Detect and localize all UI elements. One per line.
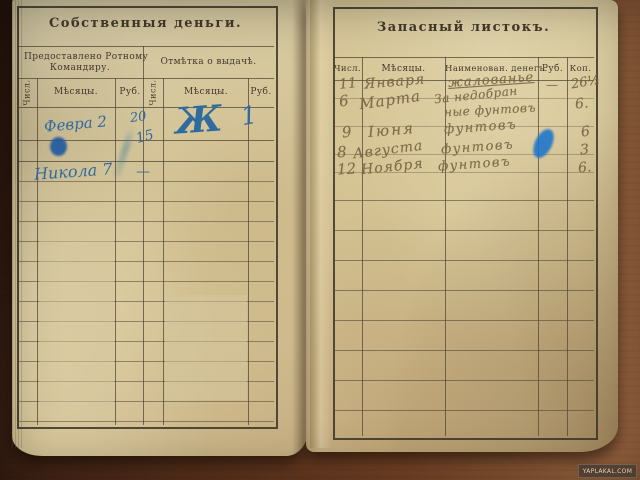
left-page-title: Собственныя деньги. — [17, 16, 274, 31]
faded-area — [165, 295, 247, 400]
column-header-months: Мѣсяцы. — [362, 64, 445, 74]
grid-line — [163, 78, 164, 425]
grid-line — [333, 57, 594, 58]
book-fold-shadow — [292, 0, 320, 456]
ink-blot — [50, 137, 67, 156]
grid-line — [248, 78, 249, 425]
group-header-commander-line2: Командиру. — [24, 63, 136, 73]
column-header-num: Числ. — [17, 78, 37, 107]
column-header-months: Мѣсяцы. — [166, 87, 246, 97]
grid-line — [37, 78, 38, 425]
column-header-rub: Руб. — [246, 87, 276, 97]
column-header-kop: Коп. — [567, 64, 594, 74]
watermark-badge: YAPLAKAL.COM — [578, 464, 637, 478]
grid-line — [17, 46, 274, 47]
empty-grid-rows — [333, 200, 594, 412]
grid-line — [333, 80, 594, 81]
group-header-issue: Отмѣтка о выдачѣ. — [146, 57, 271, 67]
grid-line — [538, 57, 539, 436]
right-page-title: Запасный листокъ. — [333, 20, 594, 35]
column-header-rub: Руб. — [114, 87, 146, 97]
grid-line — [17, 107, 274, 108]
faded-area — [39, 235, 114, 420]
grid-line — [567, 57, 568, 436]
grid-line — [333, 154, 594, 155]
grid-line — [445, 57, 446, 436]
grid-line — [17, 161, 274, 162]
column-header-rub: Руб. — [538, 64, 567, 74]
column-header-num: Числ. — [333, 64, 362, 74]
column-header-money-name: Наименован. денегъ. — [445, 64, 538, 74]
photo-of-old-booklet: Собственныя деньги. Предоставлено Ротном… — [0, 0, 640, 480]
grid-line — [333, 172, 594, 173]
grid-line — [333, 126, 594, 127]
grid-line — [333, 98, 594, 99]
group-header-commander-line1: Предоставлено Ротному — [24, 52, 136, 62]
grid-line — [115, 78, 116, 425]
column-header-num: Числ. — [143, 78, 163, 107]
grid-line — [362, 57, 363, 436]
column-header-months: Мѣсяцы. — [40, 87, 112, 97]
